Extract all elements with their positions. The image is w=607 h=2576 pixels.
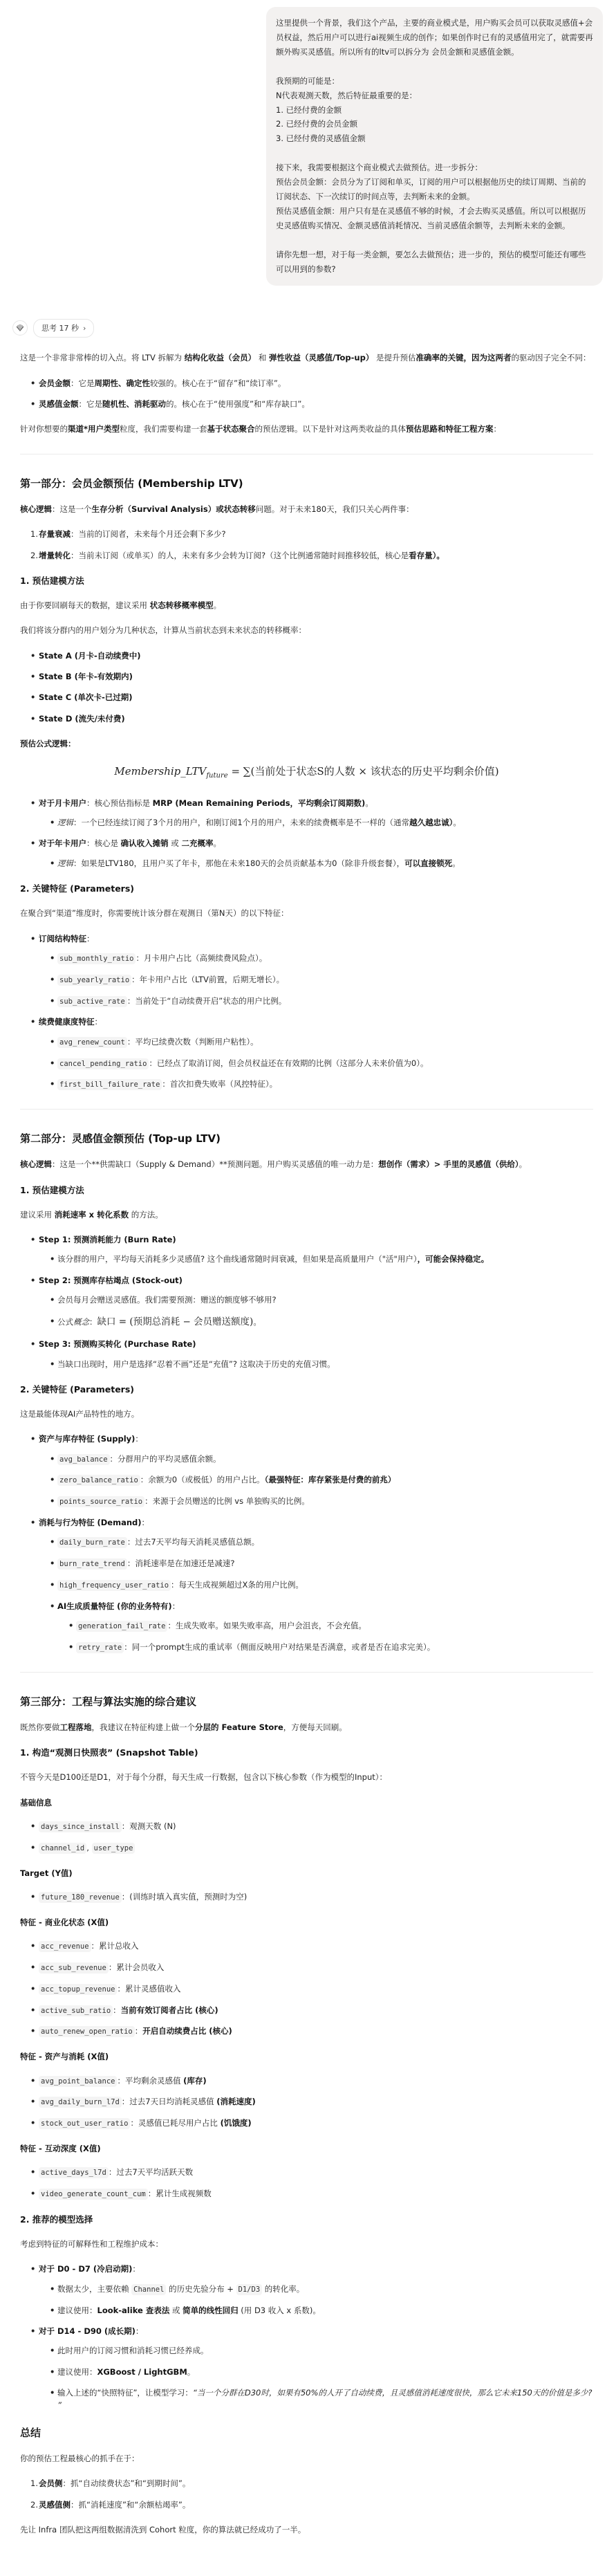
bold-text: MRP (Mean Remaining Periods，平均剩余订阅期数) — [153, 798, 366, 808]
text: ：月卡用户占比（高频续费风险点）。 — [136, 953, 267, 963]
paragraph: 既然你要做工程落地，我建议在特征构建上做一个分层的 Feature Store，… — [20, 1721, 593, 1733]
list-item: auto_renew_open_ratio：开启自动续费占比 (核心) — [20, 2025, 593, 2038]
list-number: 2. — [30, 2499, 38, 2511]
bold-text: 准确率的关键，因为这两者 — [416, 353, 512, 362]
list-item: acc_revenue：累计总收入 — [20, 1940, 593, 1953]
list-item: avg_point_balance：平均剩余灵感值 (库存) — [20, 2074, 593, 2088]
text: ：这是一个 — [52, 504, 92, 514]
inline-code: sub_active_rate — [57, 996, 127, 1007]
text: ，我建议在特征构建上做一个 — [92, 1722, 196, 1732]
inline-code: points_source_ratio — [57, 1496, 144, 1507]
states-list: State A (月卡-自动续费中) State B (年卡-有效期内) Sta… — [20, 650, 593, 726]
list-item: future_180_revenue：(训练时填入真实值，预测时为空) — [20, 1890, 593, 1904]
bold-text: 周期性、确定性 — [95, 378, 151, 388]
text: ：它是 — [79, 399, 103, 409]
bold-text: 确认收入摊销 — [121, 838, 169, 848]
list-item: AI生成质量特征 (你的业务特有)： generation_fail_rate：… — [39, 1600, 593, 1654]
list-item: 对于月卡用户：核心预估指标是 MRP (Mean Remaining Perio… — [20, 797, 593, 829]
text: ：过去7天日均消耗灵感值 — [122, 2097, 216, 2106]
bold-text: 核心逻辑 — [20, 1159, 52, 1169]
bold-text: 对于年卡用户 — [39, 838, 86, 848]
bold-text: 渠道*用户类型 — [68, 424, 120, 434]
section-heading-part1: 第一部分：会员金额预估 (Membership LTV) — [20, 475, 593, 492]
bold-text: 基于状态聚合 — [207, 424, 255, 434]
list-item: 对于 D14 - D90 (成长期)： 此时用户的订阅习惯和消耗习惯已经养成。 … — [20, 2325, 593, 2412]
text: 的。核心在于“使用强度”和“库存缺口”。 — [166, 399, 310, 409]
inline-code: user_type — [92, 1843, 136, 1854]
nested-list: 数据太少，主要依赖 Channel 的历史先验分布 + D1/D3 的转化率。 … — [39, 2283, 593, 2317]
list-number: 1. — [30, 2477, 38, 2490]
list-item: 订阅结构特征： sub_monthly_ratio：月卡用户占比（高频续费风险点… — [20, 932, 593, 1008]
list-item: 消耗与行为特征 (Demand)： daily_burn_rate：过去7天平均… — [20, 1516, 593, 1654]
subheading: 1. 预估建模方法 — [20, 1184, 593, 1197]
bold-text: 会员侧 — [39, 2478, 63, 2488]
formula-lhs: Membership_LTV — [114, 765, 206, 778]
list-item: 此时用户的订阅习惯和消耗习惯已经养成。 — [39, 2344, 593, 2357]
text: 的历史先验分布 + — [166, 2284, 236, 2294]
engagement-features-list: active_days_l7d：过去7天平均活跃天数 video_generat… — [20, 2166, 593, 2200]
text: ：已经点了取消订阅，但会员权益还在有效期的比例（这部分人未来价值为0）。 — [149, 1058, 428, 1068]
inline-code: channel_id — [39, 1843, 86, 1854]
list-item: active_days_l7d：过去7天平均活跃天数 — [20, 2166, 593, 2179]
nested-list: sub_monthly_ratio：月卡用户占比（高频续费风险点）。 sub_y… — [39, 952, 593, 1007]
bold-text: (饥饿度) — [221, 2118, 252, 2128]
text: 此时用户的订阅习惯和消耗习惯已经养成。 — [57, 2346, 209, 2355]
paragraph: 你的预估工程最核心的抓手在于： — [20, 2452, 593, 2465]
list-item: 建议使用：Look-alike 查表法 或 简单的线性回归 (用 D3 收入 x… — [39, 2304, 593, 2317]
bold-text: 可以直接锁死 — [404, 858, 452, 868]
bold-text: State C (单次卡-已过期) — [39, 692, 133, 702]
list-item: 1.存量衰减：当前的订阅者，未来每个月还会剩下多少? — [20, 528, 593, 540]
nested-list: 此时用户的订阅习惯和消耗习惯已经养成。 建议使用：XGBoost / Light… — [39, 2344, 593, 2412]
feature-groups-list: 资产与库存特征 (Supply)： avg_balance：分群用户的平均灵感值… — [20, 1433, 593, 1654]
text: 。 — [519, 1159, 527, 1169]
chevron-right-icon: › — [83, 322, 86, 335]
nested-list: 会员每月会赠送灵感值。我们需要预测：赠送的额度够不够用? 公式概念：缺口 = (… — [39, 1294, 593, 1330]
inline-code: active_sub_ratio — [39, 2005, 113, 2016]
list-item: 续费健康度特征： avg_renew_count：平均已续费次数（判断用户粘性）… — [20, 1015, 593, 1091]
paragraph: 这是最能体现AI产品特性的地方。 — [20, 1408, 593, 1420]
inline-code: Channel — [131, 2284, 166, 2295]
text: 问题。对于未来180天，我们只关心两件事： — [256, 504, 414, 514]
bold-text: (消耗速度) — [216, 2097, 256, 2106]
list-item: Step 3: 预测购买转化 (Purchase Rate) 当缺口出现时，用户… — [20, 1338, 593, 1370]
bold-text: (库存) — [183, 2076, 207, 2086]
text: ： — [89, 1317, 97, 1327]
list-item: cancel_pending_ratio：已经点了取消订阅，但会员权益还在有效期… — [39, 1057, 593, 1070]
intro-paragraph-2: 针对你想要的渠道*用户类型粒度，我们需要构建一套基于状态聚合的预估逻辑。以下是针… — [20, 423, 593, 435]
list-item: avg_daily_burn_l7d：过去7天日均消耗灵感值 (消耗速度) — [20, 2095, 593, 2108]
list-item: burn_rate_trend：消耗速率是在加速还是减速? — [39, 1557, 593, 1570]
text: ：余额为0（或极低）的用户占比。 — [140, 1475, 265, 1484]
text: 既然你要做 — [20, 1722, 60, 1732]
bold-text: 灵感值金额 — [39, 399, 79, 409]
text: ： — [135, 2026, 143, 2036]
text: 针对你想要的 — [20, 424, 68, 434]
list-item: 对于 D0 - D7 (冷启动期)： 数据太少，主要依赖 Channel 的历史… — [20, 2263, 593, 2317]
list-item: video_generate_count_cum：累计生成视频数 — [20, 2187, 593, 2200]
inline-code: acc_topup_revenue — [39, 1984, 117, 1995]
nested-list: 逻辑：如果是LTV180，且用户买了年卡，那他在未来180天的会员贡献基本为0（… — [39, 857, 593, 870]
list-item: sub_monthly_ratio：月卡用户占比（高频续费风险点）。 — [39, 952, 593, 965]
list-item: 会员每月会赠送灵感值。我们需要预测：赠送的额度够不够用? — [39, 1294, 593, 1306]
bold-text: Step 2: 预测库存枯竭点 (Stock-out) — [39, 1276, 183, 1285]
list-item: sub_yearly_ratio：年卡用户占比（LTV前置，后期无增长）。 — [39, 973, 593, 986]
list-item: high_frequency_user_ratio：每天生成视频超过X条的用户比… — [39, 1579, 593, 1592]
text: 会员每月会赠送灵感值。我们需要预测：赠送的额度够不够用? — [57, 1295, 277, 1305]
list-item: 资产与库存特征 (Supply)： avg_balance：分群用户的平均灵感值… — [20, 1433, 593, 1508]
list-item: State A (月卡-自动续费中) — [20, 650, 593, 662]
list-item: 逻辑：一个已经连续订阅了3个月的用户，和刚订阅1个月的用户，未来的续费概率是不一… — [39, 816, 593, 829]
bold-text: 越久越忠诚） — [409, 818, 453, 827]
text: 建议使用： — [57, 2306, 97, 2315]
bold-text: 续费健康度特征 — [39, 1017, 95, 1027]
text: 建议采用 — [20, 1210, 55, 1220]
italic-text: 概念 — [73, 1317, 89, 1327]
list-number: 1. — [30, 528, 38, 540]
bold-text: Step 1: 预测消耗能力 (Burn Rate) — [39, 1235, 176, 1244]
list-item: first_bill_failure_rate：首次扣费失败率（风控特征）。 — [39, 1078, 593, 1091]
thinking-toggle-button[interactable]: 思考 17 秒 › — [33, 319, 94, 338]
text: ：平均剩余灵感值 — [117, 2076, 183, 2086]
bold-text: 核心逻辑 — [20, 504, 52, 514]
inline-code: sub_monthly_ratio — [57, 953, 136, 964]
text: 。 — [187, 2367, 196, 2377]
inline-code: daily_burn_rate — [57, 1537, 127, 1548]
list-item: 逻辑：如果是LTV180，且用户买了年卡，那他在未来180天的会员贡献基本为0（… — [39, 857, 593, 870]
text: 当缺口出现时，用户是选择“忍着不画”还是“充值”? 这取决于历史的充值习惯。 — [57, 1359, 335, 1369]
bold-text: 预估公式逻辑： — [20, 739, 76, 748]
chat-page: 这里提供一个背景，我们这个产品，主要的商业模式是，用户购买会员可以获取灵感值+会… — [0, 0, 607, 2576]
inline-code: stock_out_user_ratio — [39, 2118, 130, 2129]
text: 。 — [213, 838, 221, 848]
bold-text: 弹性收益（灵感值/Top-up） — [269, 353, 373, 362]
list-item: acc_topup_revenue：累计灵感值收入 — [20, 1982, 593, 1996]
group-heading: 特征 - 互动深度 (X值) — [20, 2142, 593, 2155]
inline-code: video_generate_count_cum — [39, 2189, 148, 2200]
nested-list: daily_burn_rate：过去7天平均每天消耗灵感值总额。 burn_ra… — [39, 1536, 593, 1653]
text: ：一个已经连续订阅了3个月的用户，和刚订阅1个月的用户，未来的续费概率是不一样的… — [73, 818, 409, 827]
text: 数据太少，主要依赖 — [57, 2284, 131, 2294]
text: ：首次扣费失败率（风控特征）。 — [162, 1079, 277, 1089]
bold-text: 开启自动续费占比 (核心) — [142, 2026, 232, 2036]
text: ：生成失败率。如果失败率高，用户会沮丧，不会充值。 — [167, 1621, 366, 1630]
list-item: 输入上述的“快照特征”，让模型学习：“当一个分群在D30时，如果有50%的人开了… — [39, 2386, 593, 2412]
text: ：如果是LTV180，且用户买了年卡，那他在未来180天的会员贡献基本为0（除非… — [73, 858, 404, 868]
list-item: State C (单次卡-已过期) — [20, 691, 593, 703]
text: ，方便每天回刷。 — [283, 1722, 347, 1732]
inline-code: auto_renew_open_ratio — [39, 2026, 135, 2037]
inline-code: future_180_revenue — [39, 1892, 122, 1903]
text: ：来源于会员赠送的比例 vs 单独购买的比例。 — [144, 1496, 310, 1506]
group-heading: 特征 - 商业化状态 (X值) — [20, 1916, 593, 1929]
italic-text: 逻辑 — [57, 858, 73, 868]
list-item: active_sub_ratio：当前有效订阅者占比 (核心) — [20, 2004, 593, 2017]
text: 。 — [453, 818, 461, 827]
paragraph: 不管今天是D100还是D1，对于每个分群，每天生成一行数据，包含以下核心参数（作… — [20, 1771, 593, 1783]
section-heading-part3: 第三部分：工程与算法实施的综合建议 — [20, 1693, 593, 1710]
closing-paragraph: 先让 Infra 团队把这两组数据清洗到 Cohort 粒度，你的算法就已经成功… — [20, 2523, 593, 2536]
paragraph: 由于你要回刷每天的数据，建议采用 状态转移概率模型。 — [20, 599, 593, 611]
text: ：灵感值已耗尽用户占比 — [130, 2118, 220, 2128]
bold-text: 资产与库存特征 (Supply) — [39, 1434, 135, 1444]
text: ：观测天数 (N) — [122, 1821, 176, 1831]
subheading: 1. 构造“观测日快照表” (Snapshot Table) — [20, 1746, 593, 1760]
bold-text: 生存分析（Survival Analysis）或状态转移 — [92, 504, 256, 514]
text: 该分群的用户，平均每天消耗多少灵感值? 这个曲线通常随时间衰减，但如果是高质量用… — [57, 1254, 418, 1264]
subheading: 2. 关键特征 (Parameters) — [20, 882, 593, 896]
assistant-response: 这是一个非常非常棒的切入点。将 LTV 拆解为 结构化收益（会员） 和 弹性收益… — [0, 351, 607, 2536]
bold-text: Look-alike 查表法 — [97, 2306, 170, 2315]
text: ：消耗速率是在加速还是减速? — [127, 1558, 235, 1568]
list-item: zero_balance_ratio：余额为0（或极低）的用户占比。（最强特征：… — [39, 1473, 593, 1487]
nested-list: 逻辑：一个已经连续订阅了3个月的用户，和刚订阅1个月的用户，未来的续费概率是不一… — [39, 816, 593, 829]
text: ：这是一个**供需缺口（Supply & Demand）**预测问题。用户购买灵… — [52, 1159, 378, 1169]
list-item: days_since_install：观测天数 (N) — [20, 1820, 593, 1833]
group-heading: 基础信息 — [20, 1796, 593, 1809]
list-item: points_source_ratio：来源于会员赠送的比例 vs 单独购买的比… — [39, 1495, 593, 1508]
list-item: avg_renew_count：平均已续费次数（判断用户粘性）。 — [39, 1036, 593, 1049]
bold-text: 工程落地 — [60, 1722, 92, 1732]
bold-text: 结构化收益（会员） — [185, 353, 256, 362]
text: ： — [113, 2005, 121, 2015]
bold-text: 简单的线性回归 — [183, 2306, 239, 2315]
nested-list: 当缺口出现时，用户是选择“忍着不画”还是“充值”? 这取决于历史的充值习惯。 — [39, 1358, 593, 1370]
text: 的转化率。 — [262, 2284, 304, 2294]
inline-code: generation_fail_rate — [76, 1621, 167, 1632]
core-points-list: 1.存量衰减：当前的订阅者，未来每个月还会剩下多少? 2.增量转化：当前未订阅（… — [20, 528, 593, 562]
text: ：累计生成视频数 — [148, 2189, 212, 2198]
list-item: avg_balance：分群用户的平均灵感值余额。 — [39, 1453, 593, 1466]
bold-text: Step 3: 预测购买转化 (Purchase Rate) — [39, 1339, 196, 1349]
subheading: 2. 推荐的模型选择 — [20, 2213, 593, 2227]
list-item: 1.会员侧：抓“自动续费状态”和“到期时间”。 — [20, 2477, 593, 2490]
intro-paragraph: 这是一个非常非常棒的切入点。将 LTV 拆解为 结构化收益（会员） 和 弹性收益… — [20, 351, 593, 364]
list-item: 2.灵感值侧：抓“消耗速度”和“余额枯竭率”。 — [20, 2499, 593, 2511]
list-item: daily_burn_rate：过去7天平均每天消耗灵感值总额。 — [39, 1536, 593, 1549]
group-heading: Target (Y值) — [20, 1867, 593, 1879]
bold-text: AI生成质量特征 (你的业务特有) — [57, 1601, 172, 1611]
bold-text: XGBoost / LightGBM — [97, 2367, 187, 2377]
bold-text: 预估思路和特征工程方案 — [406, 424, 494, 434]
text: ：年卡用户占比（LTV前置，后期无增长）。 — [131, 975, 284, 984]
inline-code: retry_rate — [76, 1642, 124, 1653]
text: 输入上述的“快照特征”，让模型学习： — [57, 2388, 193, 2398]
text: 和 — [256, 353, 269, 362]
text: ：累计灵感值收入 — [117, 1984, 180, 1994]
section-heading-part2: 第二部分：灵感值金额预估 (Top-up LTV) — [20, 1130, 593, 1147]
nested-list: 该分群的用户，平均每天消耗多少灵感值? 这个曲线通常随时间衰减，但如果是高质量用… — [39, 1253, 593, 1265]
inline-code: active_days_l7d — [39, 2167, 109, 2178]
bold-text: 存量衰减 — [39, 529, 71, 539]
text: 。 — [452, 858, 460, 868]
section-heading-summary: 总结 — [20, 2425, 593, 2441]
inline-math: 缺口 = (预期总消耗 − 会员赠送额度) — [97, 1316, 254, 1327]
text: 或 — [169, 838, 182, 848]
formula-rhs: = ∑(当前处于状态S的人数 × 该状态的历史平均剩余价值) — [228, 765, 499, 778]
list-number: 2. — [30, 549, 38, 562]
list-item: Step 1: 预测消耗能力 (Burn Rate) 该分群的用户，平均每天消耗… — [20, 1233, 593, 1266]
inline-code: days_since_install — [39, 1821, 122, 1832]
text: ：核心是 — [86, 838, 121, 848]
text: 的驱动因子完全不同： — [512, 353, 591, 362]
text: 的预估逻辑。以下是针对这两类收益的具体 — [255, 424, 407, 434]
text: ：过去7天平均每天消耗灵感值总额。 — [127, 1537, 259, 1547]
bold-text: 随机性、消耗驱动 — [102, 399, 166, 409]
list-item: 灵感值金额：它是随机性、消耗驱动的。核心在于“使用强度”和“库存缺口”。 — [20, 398, 593, 410]
text: 。 — [214, 600, 222, 610]
inline-code: sub_yearly_ratio — [57, 975, 131, 986]
text: , — [86, 1843, 91, 1852]
list-item: 当缺口出现时，用户是选择“忍着不画”还是“充值”? 这取决于历史的充值习惯。 — [39, 1358, 593, 1370]
user-type-list: 对于月卡用户：核心预估指标是 MRP (Mean Remaining Perio… — [20, 797, 593, 870]
bold-text: 状态转移概率模型 — [150, 600, 214, 610]
bold-text: 分层的 Feature Store — [195, 1722, 283, 1732]
inline-code: D1/D3 — [236, 2284, 263, 2295]
text: 是提升预估 — [373, 353, 415, 362]
list-item: 该分群的用户，平均每天消耗多少灵感值? 这个曲线通常随时间衰减，但如果是高质量用… — [39, 1253, 593, 1265]
text: (用 D3 收入 x 系数)。 — [239, 2306, 321, 2315]
text: 较强的。核心在于“留存”和“续订率”。 — [150, 378, 286, 388]
list-item: 对于年卡用户：核心是 确认收入摊销 或 二充概率。 逻辑：如果是LTV180，且… — [20, 837, 593, 870]
bold-text: 订阅结构特征 — [39, 934, 86, 944]
paragraph: 预估公式逻辑： — [20, 737, 593, 750]
steps-list: Step 1: 预测消耗能力 (Burn Rate) 该分群的用户，平均每天消耗… — [20, 1233, 593, 1370]
nested-list: avg_balance：分群用户的平均灵感值余额。 zero_balance_r… — [39, 1453, 593, 1508]
paragraph: 建议采用 消耗速率 x 转化系数 的方法。 — [20, 1208, 593, 1221]
text: 。 — [253, 1317, 261, 1327]
bold-text: （最强特征：库存紧张是付费的前兆） — [265, 1475, 396, 1484]
user-message-bubble: 这里提供一个背景，我们这个产品，主要的商业模式是，用户购买会员可以获取灵感值+会… — [266, 7, 603, 286]
text: 或 — [169, 2306, 183, 2315]
assistant-logo-icon — [16, 324, 24, 332]
inline-code: acc_sub_revenue — [39, 1962, 109, 1974]
paragraph: 在聚合到“渠道”维度时，你需要统计该分群在观测日（第N天）的以下特征： — [20, 907, 593, 919]
text: ：同一个prompt生成的重试率（侧面反映用户对结果是否满意，或者是否在追求完美… — [124, 1642, 435, 1652]
subheading: 2. 关键特征 (Parameters) — [20, 1383, 593, 1397]
text: ：当前的订阅者，未来每个月还会剩下多少? — [71, 529, 226, 539]
nested-list: avg_renew_count：平均已续费次数（判断用户粘性）。 cancel_… — [39, 1036, 593, 1091]
list-item: retry_rate：同一个prompt生成的重试率（侧面反映用户对结果是否满意… — [57, 1641, 593, 1654]
list-item: 2.增量转化：当前未订阅（或单买）的人，未来有多少会转为订阅?（这个比例通常随时… — [20, 549, 593, 562]
paragraph: 我们将该分群内的用户划分为几种状态，计算从当前状态到未来状态的转移概率： — [20, 624, 593, 636]
user-message-row: 这里提供一个背景，我们这个产品，主要的商业模式是，用户购买会员可以获取灵感值+会… — [0, 0, 607, 286]
inline-code: acc_revenue — [39, 1941, 91, 1952]
bold-text: 对于月卡用户 — [39, 798, 86, 808]
text: ：分群用户的平均灵感值余额。 — [110, 1454, 221, 1464]
inline-code: cancel_pending_ratio — [57, 1058, 149, 1069]
commercial-features-list: acc_revenue：累计总收入 acc_sub_revenue：累计会员收入… — [20, 1940, 593, 2038]
list-item: State B (年卡-有效期内) — [20, 670, 593, 683]
text: ：抓“自动续费状态”和“到期时间”。 — [63, 2478, 191, 2488]
text: ：当前处于“自动续费开启”状态的用户比例。 — [127, 996, 286, 1006]
formula-subscript: future — [206, 772, 227, 780]
assistant-avatar — [12, 320, 28, 335]
text: ：核心预估指标是 — [86, 798, 153, 808]
bold-text: State D (流失/未付费) — [39, 714, 125, 724]
text: ：平均已续费次数（判断用户粘性）。 — [127, 1037, 259, 1047]
inline-code: first_bill_failure_rate — [57, 1079, 162, 1090]
divider — [20, 1672, 593, 1673]
text: ： — [494, 424, 502, 434]
text: ：(训练时填入真实值，预测时为空) — [122, 1892, 247, 1902]
text: 的方法。 — [129, 1210, 163, 1220]
bold-text: 想创作（需求）> 手里的灵感值（供给） — [378, 1159, 519, 1169]
paragraph: 考虑到特征的可解释性和工程维护成本： — [20, 2238, 593, 2250]
basic-info-list: days_since_install：观测天数 (N) channel_id, … — [20, 1820, 593, 1855]
list-item: 建议使用：XGBoost / LightGBM。 — [39, 2366, 593, 2378]
summary-list: 1.会员侧：抓“自动续费状态”和“到期时间”。 2.灵感值侧：抓“消耗速度”和“… — [20, 2477, 593, 2511]
group-heading: 特征 - 资产与消耗 (X值) — [20, 2050, 593, 2063]
list-item: 公式概念：缺口 = (预期总消耗 − 会员赠送额度)。 — [39, 1315, 593, 1330]
bold-text: 消耗速率 x 转化系数 — [55, 1210, 129, 1220]
inline-code: avg_renew_count — [57, 1037, 127, 1048]
text: ：每天生成视频超过X条的用户比例。 — [171, 1580, 303, 1590]
text: 由于你要回刷每天的数据，建议采用 — [20, 600, 150, 610]
list-item: Step 2: 预测库存枯竭点 (Stock-out) 会员每月会赠送灵感值。我… — [20, 1274, 593, 1330]
list-item: sub_active_rate：当前处于“自动续费开启”状态的用户比例。 — [39, 995, 593, 1008]
list-item: stock_out_user_ratio：灵感值已耗尽用户占比 (饥饿度) — [20, 2117, 593, 2130]
text: ：它是 — [71, 378, 95, 388]
text: 粒度，我们需要构建一套 — [120, 424, 207, 434]
bold-text: 对于 D14 - D90 (成长期) — [39, 2326, 136, 2336]
core-logic-paragraph: 核心逻辑：这是一个**供需缺口（Supply & Demand）**预测问题。用… — [20, 1158, 593, 1170]
subheading: 1. 预估建模方法 — [20, 574, 593, 588]
bold-text: ，可能会保持稳定。 — [418, 1254, 489, 1264]
model-phases-list: 对于 D0 - D7 (冷启动期)： 数据太少，主要依赖 Channel 的历史… — [20, 2263, 593, 2412]
inline-code: zero_balance_ratio — [57, 1475, 140, 1486]
text: 这是一个非常非常棒的切入点。将 LTV 拆解为 — [20, 353, 185, 362]
divider — [20, 1109, 593, 1110]
text: ：当前未订阅（或单买）的人，未来有多少会转为订阅?（这个比例通常随时间推移较低，… — [71, 551, 409, 560]
feature-groups-list: 订阅结构特征： sub_monthly_ratio：月卡用户占比（高频续费风险点… — [20, 932, 593, 1092]
bold-text: 增量转化 — [39, 551, 71, 560]
text: ：过去7天平均活跃天数 — [109, 2167, 193, 2177]
bold-text: 二充概率 — [181, 838, 213, 848]
text: 公式 — [57, 1317, 73, 1327]
bold-text: 灵感值侧 — [39, 2500, 71, 2510]
core-logic-paragraph: 核心逻辑：这是一个生存分析（Survival Analysis）或状态转移问题。… — [20, 503, 593, 515]
text: 建议使用： — [57, 2367, 97, 2377]
bold-text: State B (年卡-有效期内) — [39, 672, 133, 681]
bold-text: 消耗与行为特征 (Demand) — [39, 1518, 142, 1527]
thinking-duration-label: 思考 17 秒 — [41, 322, 79, 335]
inline-code: avg_balance — [57, 1454, 110, 1465]
math-formula: Membership_LTVfuture = ∑(当前处于状态S的人数 × 该状… — [20, 763, 593, 782]
inline-code: high_frequency_user_ratio — [57, 1580, 171, 1591]
italic-text: 逻辑 — [57, 818, 73, 827]
target-list: future_180_revenue：(训练时填入真实值，预测时为空) — [20, 1890, 593, 1904]
bold-text: 看存量）。 — [409, 551, 445, 560]
inline-code: avg_daily_burn_l7d — [39, 2097, 122, 2108]
assistant-header: 思考 17 秒 › — [12, 319, 607, 338]
bold-text: 会员金额 — [39, 378, 71, 388]
nested-list: generation_fail_rate：生成失败率。如果失败率高，用户会沮丧，… — [57, 1619, 593, 1654]
list-item: 会员金额：它是周期性、确定性较强的。核心在于“留存”和“续订率”。 — [20, 377, 593, 389]
list-item: channel_id, user_type — [20, 1841, 593, 1855]
divider — [20, 454, 593, 454]
bold-text: 当前有效订阅者占比 (核心) — [121, 2005, 218, 2015]
text: 。 — [365, 798, 373, 808]
text: ：累计会员收入 — [109, 1962, 165, 1972]
text: ：抓“消耗速度”和“余额枯竭率”。 — [71, 2500, 190, 2510]
bold-text: State A (月卡-自动续费中) — [39, 651, 141, 661]
list-item: 数据太少，主要依赖 Channel 的历史先验分布 + D1/D3 的转化率。 — [39, 2283, 593, 2296]
inline-code: burn_rate_trend — [57, 1558, 127, 1570]
intro-bullets: 会员金额：它是周期性、确定性较强的。核心在于“留存”和“续订率”。 灵感值金额：… — [20, 377, 593, 411]
bold-text: 对于 D0 - D7 (冷启动期) — [39, 2264, 132, 2274]
list-item: generation_fail_rate：生成失败率。如果失败率高，用户会沮丧，… — [57, 1619, 593, 1632]
